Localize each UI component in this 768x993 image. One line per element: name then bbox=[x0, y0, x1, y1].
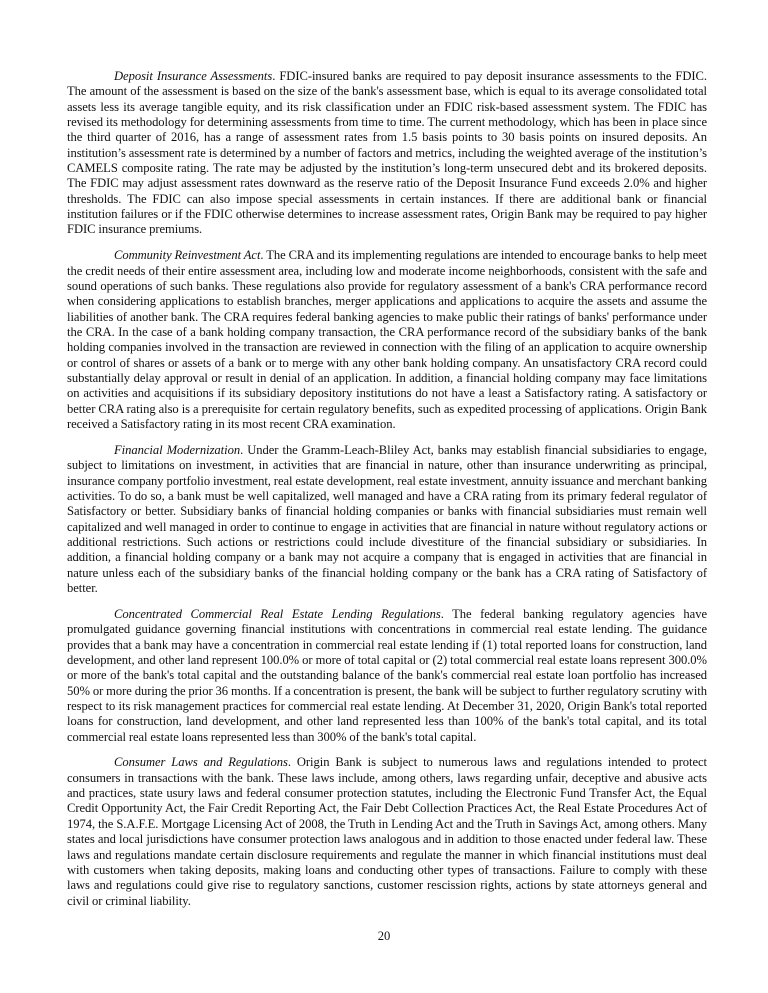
document-page: Deposit Insurance Assessments. FDIC-insu… bbox=[67, 69, 707, 919]
paragraph-consumer-laws-and-regulations: Consumer Laws and Regulations. Origin Ba… bbox=[67, 755, 707, 908]
paragraph-body: . Under the Gramm-Leach-Bliley Act, bank… bbox=[67, 443, 707, 595]
paragraph-heading: Deposit Insurance Assessments bbox=[114, 69, 272, 83]
paragraph-concentrated-cre-lending: Concentrated Commercial Real Estate Lend… bbox=[67, 607, 707, 745]
paragraph-heading: Community Reinvestment Act bbox=[114, 248, 260, 262]
paragraph-heading: Financial Modernization bbox=[114, 443, 240, 457]
paragraph-body: . FDIC-insured banks are required to pay… bbox=[67, 69, 707, 236]
paragraph-heading: Consumer Laws and Regulations bbox=[114, 755, 288, 769]
page-number: 20 bbox=[0, 929, 768, 944]
paragraph-body: . The CRA and its implementing regulatio… bbox=[67, 248, 707, 431]
paragraph-heading: Concentrated Commercial Real Estate Lend… bbox=[114, 607, 441, 621]
paragraph-body: . Origin Bank is subject to numerous law… bbox=[67, 755, 707, 907]
paragraph-body: . The federal banking regulatory agencie… bbox=[67, 607, 707, 744]
paragraph-deposit-insurance-assessments: Deposit Insurance Assessments. FDIC-insu… bbox=[67, 69, 707, 238]
paragraph-financial-modernization: Financial Modernization. Under the Gramm… bbox=[67, 443, 707, 596]
paragraph-community-reinvestment-act: Community Reinvestment Act. The CRA and … bbox=[67, 248, 707, 432]
